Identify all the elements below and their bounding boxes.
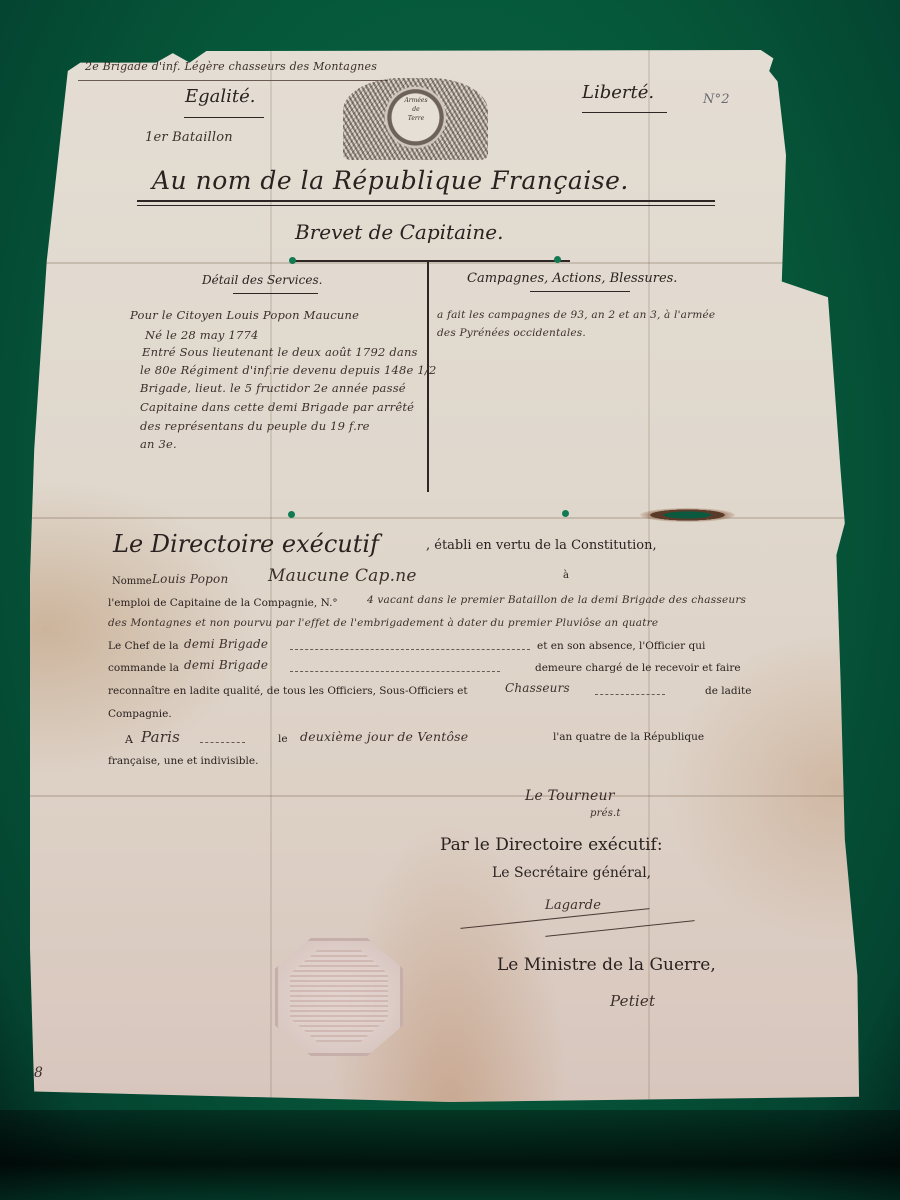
seal-inner: [290, 950, 388, 1042]
services-line: Brigade, lieut. le 5 fructidor 2e année …: [140, 381, 406, 395]
campaigns-line: a fait les campagnes de 93, an 2 et an 3…: [437, 309, 715, 321]
place-prefix: A: [125, 733, 133, 746]
column-divider: [427, 262, 429, 492]
body-line-4-end: et en son absence, l'Officier qui: [537, 640, 705, 652]
a-label: à: [563, 570, 569, 581]
services-line: an 3e.: [140, 437, 177, 451]
date-handwritten: deuxième jour de Ventôse: [300, 729, 468, 744]
date-prefix: le: [278, 733, 288, 745]
ministre-signature: Petiet: [610, 992, 655, 1010]
body-line-5-hand: demi Brigade: [184, 658, 268, 672]
document-title: Au nom de la République Française.: [152, 166, 629, 195]
campaigns-line: des Pyrénées occidentales.: [437, 327, 586, 339]
number-note: N°2: [703, 92, 730, 107]
emblem-text: Armées de Terre: [390, 96, 442, 123]
services-underline: [233, 293, 318, 294]
fold-line: [30, 517, 870, 519]
directoire-heading: Le Directoire exécutif: [113, 530, 379, 558]
services-line: Pour le Citoyen Louis Popon Maucune: [130, 308, 359, 322]
header-rule: [78, 80, 388, 81]
services-line: des représentans du peuple du 19 f.re: [140, 419, 370, 433]
title-rule-thin: [137, 205, 715, 206]
blank-line: [200, 742, 245, 744]
pin-mark: [554, 256, 561, 263]
nominee-surname: Maucune Cap.ne: [268, 566, 417, 586]
body-line-5-end: demeure chargé de le recevoir et faire: [535, 662, 741, 674]
campaigns-header: Campagnes, Actions, Blessures.: [467, 271, 677, 286]
table-shadow: [0, 1110, 900, 1200]
services-line: le 80e Régiment d'inf.rie devenu depuis …: [140, 363, 437, 377]
body-line-7-print: Compagnie.: [108, 708, 172, 720]
pin-mark: [289, 257, 296, 264]
egalite-heading: Egalité.: [185, 86, 256, 107]
year-print: l'an quatre de la République: [553, 731, 704, 743]
fold-line: [648, 50, 650, 1102]
secretaire-general-label: Le Secrétaire général,: [492, 865, 651, 881]
paper-damage: [640, 508, 735, 522]
blank-line: [290, 649, 530, 651]
body-line-6-print: reconnaître en ladite qualité, de tous l…: [108, 685, 468, 697]
body-line-6-hand: Chasseurs: [505, 681, 570, 695]
president-title: prés.t: [590, 808, 621, 819]
ministre-label: Le Ministre de la Guerre,: [497, 955, 716, 975]
liberte-heading: Liberté.: [582, 82, 654, 103]
pin-mark: [288, 511, 295, 518]
emblem-text-line: Terre: [390, 114, 442, 123]
par-le-directoire: Par le Directoire exécutif:: [440, 835, 663, 855]
body-line-4-print: Le Chef de la: [108, 640, 179, 652]
pin-mark: [562, 510, 569, 517]
services-header: Détail des Services.: [202, 273, 322, 287]
services-line: Capitaine dans cette demi Brigade par ar…: [140, 400, 414, 414]
liberte-underline: [582, 112, 667, 113]
fold-line: [30, 262, 870, 264]
services-line: Né le 28 may 1774: [145, 328, 259, 342]
body-line-2-hand: 4 vacant dans le premier Bataillon de la…: [367, 594, 746, 606]
body-line-3-hand: des Montagnes et non pourvu par l'effet …: [108, 617, 658, 629]
secretaire-signature: Lagarde: [545, 898, 601, 913]
directoire-rest: , établi en vertu de la Constitution,: [426, 538, 657, 553]
blank-line: [595, 694, 665, 696]
president-signature: Le Tourneur: [525, 788, 615, 804]
campaigns-underline: [530, 291, 630, 292]
top-handwritten-note: 2e Brigade d'inf. Légère chasseurs des M…: [85, 60, 377, 73]
body-line-2-print: l'emploi de Capitaine de la Compagnie, N…: [108, 597, 338, 609]
blank-line: [290, 671, 500, 673]
closing-line: française, une et indivisible.: [108, 755, 258, 767]
nomme-label: Nomme: [112, 576, 152, 587]
fold-line: [30, 795, 870, 797]
title-rule: [137, 200, 715, 202]
place-name: Paris: [141, 728, 180, 746]
egalite-underline: [184, 117, 264, 118]
body-line-6-end: de ladite: [705, 685, 751, 697]
nominee-first-name: Louis Popon: [152, 572, 228, 586]
body-line-5-print: commande la: [108, 662, 179, 674]
margin-note: 8: [34, 1065, 43, 1081]
emblem-text-line: de: [390, 105, 442, 114]
services-line: Entré Sous lieutenant le deux août 1792 …: [142, 345, 418, 359]
document-subtitle: Brevet de Capitaine.: [295, 220, 503, 244]
battalion-note: 1er Bataillon: [145, 130, 233, 145]
body-line-4-hand: demi Brigade: [184, 637, 268, 651]
subtitle-brace: [290, 260, 570, 262]
emblem-text-line: Armées: [390, 96, 442, 105]
